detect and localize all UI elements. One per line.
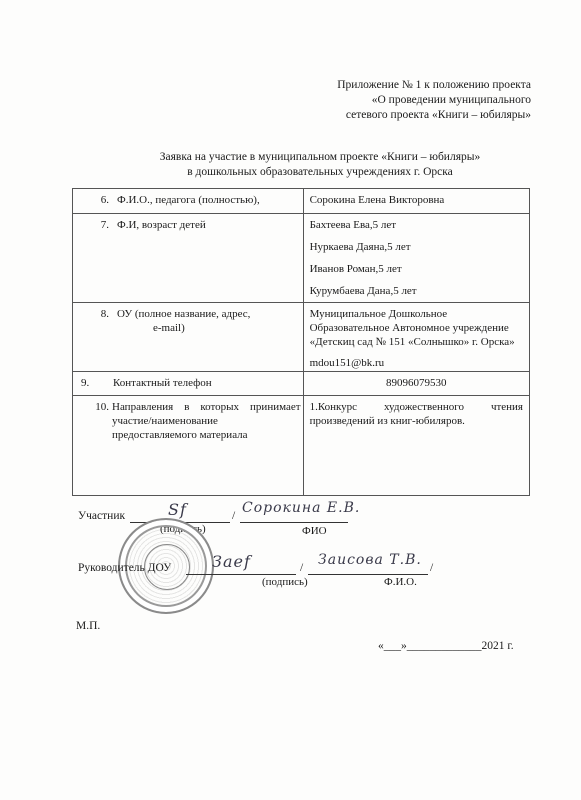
- row-label: Ф.И.О., педагога (полностью),: [117, 194, 260, 206]
- phone-number: 89096079530: [386, 377, 447, 389]
- head-label: Руководитель ДОУ: [78, 562, 171, 574]
- title-line-1: Заявка на участие в муниципальном проект…: [130, 150, 510, 165]
- title-line-2: в дошкольных образовательных учреждениях…: [130, 165, 510, 180]
- teacher-name: Сорокина Елена Викторовна: [310, 194, 445, 206]
- appendix-line-1: Приложение № 1 к положению проекта: [337, 78, 531, 93]
- child-entry: Курумбаева Дана,5 лет: [310, 284, 523, 298]
- document-title: Заявка на участие в муниципальном проект…: [130, 150, 510, 180]
- row-number: 10.: [87, 400, 109, 442]
- head-name-handwritten: Заисова Т.В.: [318, 552, 422, 568]
- table-row-organization: 8.ОУ (полное название, адрес, e-mail) Му…: [73, 303, 530, 372]
- head-sign-caption: (подпись): [262, 576, 308, 588]
- application-table: 6.Ф.И.О., педагога (полностью), Сорокина…: [72, 188, 530, 496]
- direction-line-2: произведений из книг-юбиляров.: [310, 414, 523, 428]
- head-signature-line: [186, 574, 296, 575]
- seal-label: М.П.: [76, 620, 100, 632]
- table-row-teacher: 6.Ф.И.О., педагога (полностью), Сорокина…: [73, 189, 530, 214]
- row-label-cont: участие/наименование: [112, 414, 301, 428]
- appendix-header: Приложение № 1 к положению проекта «О пр…: [337, 78, 531, 123]
- table-row-directions: 10. Направления в которых принимает учас…: [73, 396, 530, 496]
- row-label: Направления в которых принимает: [112, 400, 301, 414]
- row-number: 9.: [81, 376, 103, 390]
- head-name-caption: Ф.И.О.: [384, 576, 417, 588]
- row-number: 7.: [87, 218, 109, 232]
- org-email: mdou151@bk.ru: [310, 356, 523, 370]
- org-name-line-1: Муниципальное Дошкольное: [310, 307, 523, 321]
- head-name-line: [308, 574, 428, 575]
- row-label: Контактный телефон: [113, 377, 212, 389]
- org-name-line-2: Образовательное Автономное учреждение: [310, 321, 523, 335]
- head-signature: Зaef: [212, 552, 251, 571]
- appendix-line-2: «О проведении муниципального: [337, 93, 531, 108]
- participant-signature: Ѕf: [168, 500, 187, 519]
- child-entry: Иванов Роман,5 лет: [310, 262, 523, 276]
- appendix-line-3: сетевого проекта «Книги – юбиляры»: [337, 108, 531, 123]
- participant-name-caption: ФИО: [302, 525, 327, 537]
- participant-name-handwritten: Сорокина Е.В.: [242, 500, 360, 516]
- row-label-cont: предоставляемого материала: [112, 428, 301, 442]
- document-page: Приложение № 1 к положению проекта «О пр…: [0, 0, 581, 800]
- row-number: 8.: [87, 307, 109, 321]
- row-label: ОУ (полное название, адрес,: [117, 308, 250, 320]
- direction-line-1: 1.Конкурс художественного чтения: [310, 400, 523, 414]
- row-number: 6.: [87, 193, 109, 207]
- table-row-phone: 9.Контактный телефон 89096079530: [73, 372, 530, 396]
- participant-label: Участник: [78, 510, 125, 522]
- row-label: Ф.И, возраст детей: [117, 219, 206, 231]
- row-label-cont: e-mail): [153, 322, 185, 334]
- child-entry: Бахтеева Ева,5 лет: [310, 218, 523, 232]
- table-row-children: 7.Ф.И, возраст детей Бахтеева Ева,5 лет …: [73, 214, 530, 303]
- participant-name-line: [240, 522, 348, 523]
- date-field: «___»_____________2021 г.: [378, 640, 514, 652]
- org-name-line-3: «Детскиц сад № 151 «Солнышко» г. Орска»: [310, 335, 523, 349]
- child-entry: Нуркаева Даяна,5 лет: [310, 240, 523, 254]
